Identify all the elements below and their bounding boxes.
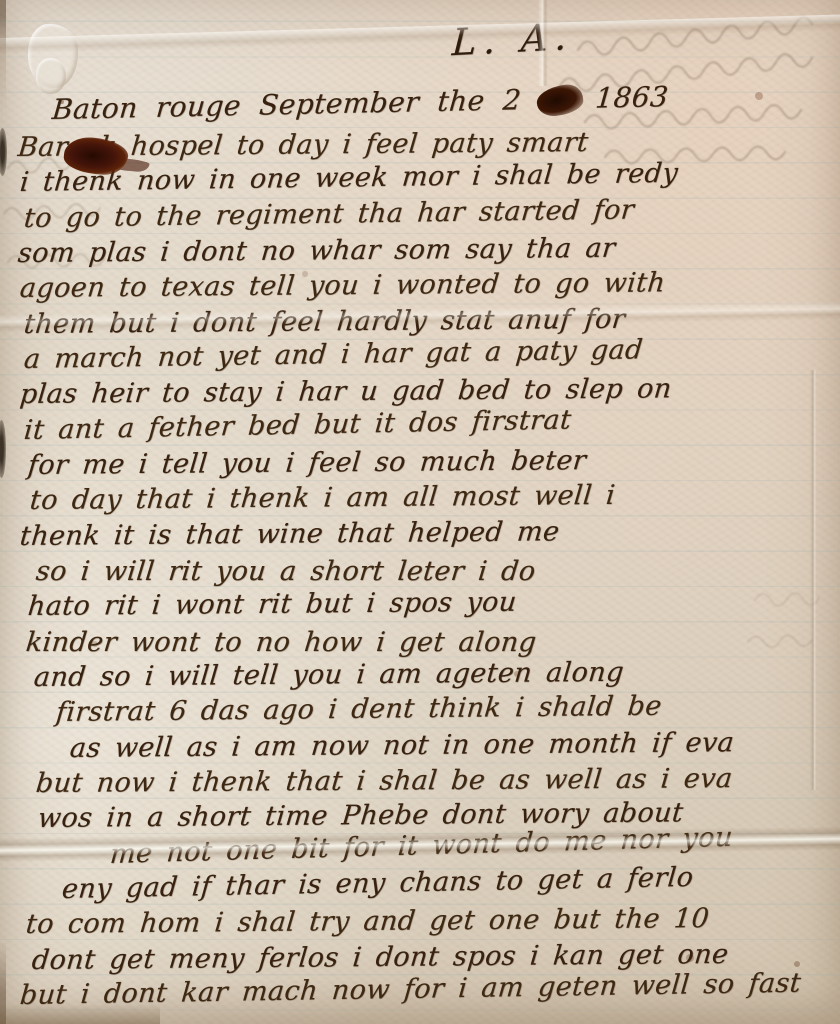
dateline: Baton rouge September the 21863	[51, 83, 670, 126]
letter-line: to day that i thenk i am all most well i	[29, 482, 617, 514]
letter-line: for me i tell you i feel so much beter	[27, 447, 588, 479]
letter-line: dont get meny ferlos i dont spos i kan g…	[31, 941, 730, 974]
letter-line: so i will rit you a short leter i do	[35, 558, 537, 585]
letter-line: it ant a fether bed but it dos firstrat	[23, 407, 573, 444]
fold-crease-right	[810, 370, 816, 790]
corner-shadow	[0, 1004, 160, 1024]
fold-crease-top	[0, 14, 840, 55]
letter-line: eny gad if thar is eny chans to get a fe…	[61, 864, 695, 903]
letter-line: a march not yet and i har gat a paty gad	[23, 336, 644, 373]
embossed-stationer-stamp	[28, 24, 78, 88]
letter-line: firstrat 6 das ago i dent think i shald …	[55, 693, 663, 726]
letter-line: plas heir to stay i har u gad bed to sle…	[19, 375, 673, 408]
ink-blot	[537, 82, 584, 118]
letter-line: them but i dont feel hardly stat anuf fo…	[23, 306, 627, 338]
letter-line: to go to the regiment tha har started fo…	[23, 196, 636, 232]
letter-line: but now i thenk that i shal be as well a…	[35, 765, 734, 797]
letter-line: and so i will tell you i am ageten along	[33, 659, 625, 691]
monogram: L. A.	[451, 15, 575, 65]
letter-line: kinder wont to no how i get along	[25, 629, 538, 656]
letter-line: to com hom i shal try and get one but th…	[25, 905, 711, 938]
letter-line: som plas i dont no whar som say tha ar	[17, 235, 617, 267]
letter-line: hato rit i wont rit but i spos you	[27, 589, 518, 620]
letter-line: thenk it is that wine that helped me	[19, 518, 561, 550]
dateline-year: 1863	[594, 80, 670, 115]
dateline-text: Baton rouge September the 2	[51, 83, 523, 126]
letter-scan-page: L. A. Baton rouge September the 21863 Ba…	[0, 0, 840, 1024]
letter-line: agoen to texas tell you i wonted to go w…	[19, 269, 667, 302]
letter-line: as well as i am now not in one month if …	[69, 729, 736, 762]
